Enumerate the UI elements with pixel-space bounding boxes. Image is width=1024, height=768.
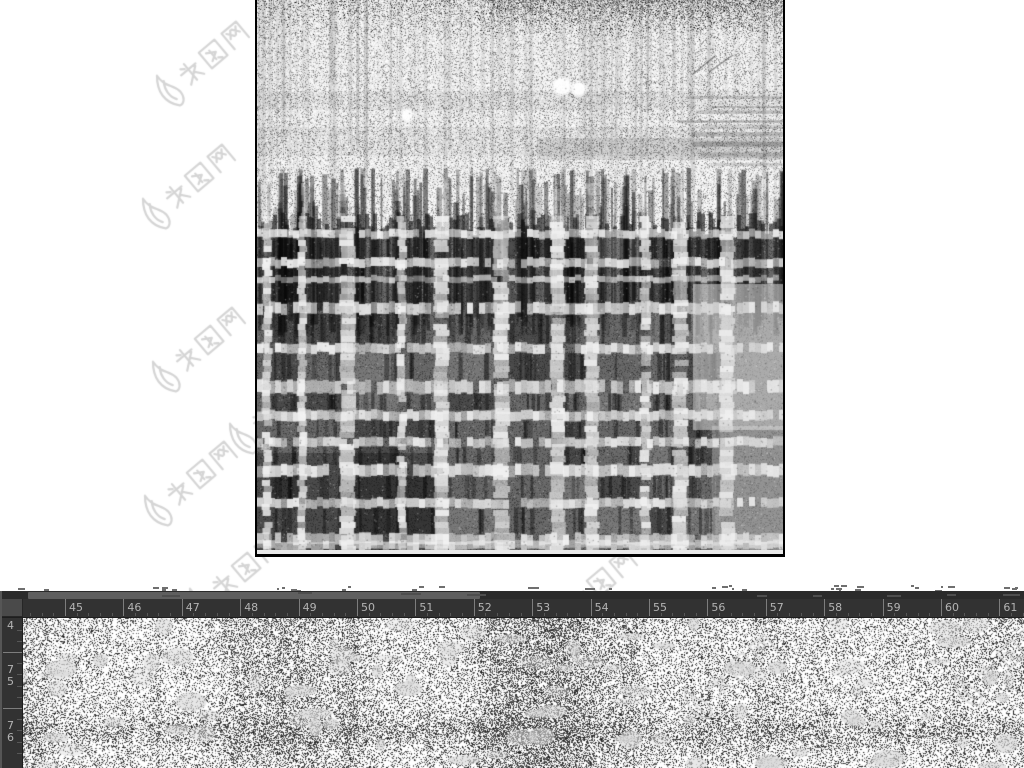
ruler-minor-tick <box>813 613 814 616</box>
ruler-tick <box>357 599 358 616</box>
ruler-minor-tick <box>777 613 778 616</box>
ruler-tick <box>3 652 22 653</box>
ruler-tick <box>707 599 708 616</box>
ruler-minor-tick <box>287 613 288 616</box>
ruler-minor-tick <box>871 613 872 616</box>
ruler-minor-tick <box>906 613 907 616</box>
ruler-minor-tick <box>579 613 580 616</box>
ruler-tick <box>474 599 475 616</box>
cropped-glyph-mark <box>298 592 312 594</box>
ruler-minor-tick <box>637 613 638 616</box>
ruler-minor-tick <box>17 686 22 687</box>
zoomed-texture-detail <box>22 617 1024 768</box>
cropped-glyph-mark <box>467 594 486 596</box>
ruler-minor-tick <box>485 613 486 616</box>
cropped-glyph-mark <box>401 593 421 595</box>
ruler-minor-tick <box>742 613 743 616</box>
ruler-minor-tick <box>836 613 837 616</box>
ruler-tick <box>883 599 884 616</box>
ruler-minor-tick <box>135 613 136 616</box>
ruler-minor-tick <box>88 613 89 616</box>
ruler-minor-tick <box>789 613 790 616</box>
ruler-minor-tick <box>17 742 22 743</box>
ruler-minor-tick <box>661 613 662 616</box>
ruler-minor-tick <box>602 613 603 616</box>
ruler-minor-tick <box>427 613 428 616</box>
ruler-minor-tick <box>918 613 919 616</box>
ruler-minor-tick <box>334 613 335 616</box>
ruler-minor-tick <box>217 613 218 616</box>
ruler-minor-tick <box>929 613 930 616</box>
ruler-tick <box>824 599 825 616</box>
ruler-tick <box>591 599 592 616</box>
ruler-minor-tick <box>964 613 965 616</box>
panel-top-strip <box>0 591 1024 599</box>
vertical-ruler: 747576 <box>0 618 23 768</box>
ruler-minor-tick <box>462 613 463 616</box>
ruler-tick <box>240 599 241 616</box>
ruler-minor-tick <box>626 613 627 616</box>
ruler-minor-tick <box>754 613 755 616</box>
ruler-minor-tick <box>17 719 22 720</box>
ruler-minor-tick <box>147 613 148 616</box>
ruler-minor-tick <box>252 613 253 616</box>
ruler-minor-tick <box>322 613 323 616</box>
ruler-minor-tick <box>17 674 22 675</box>
cropped-glyph-mark <box>757 595 767 597</box>
ruler-minor-tick <box>859 613 860 616</box>
ruler-minor-tick <box>544 613 545 616</box>
detail-panel: 4546474849505152535455565758596061 74757… <box>0 591 1024 768</box>
ruler-minor-tick <box>404 613 405 616</box>
artwork-frame <box>255 0 785 557</box>
ruler-minor-tick <box>1011 613 1012 616</box>
ruler-minor-tick <box>205 613 206 616</box>
ruler-minor-tick <box>345 613 346 616</box>
ruler-minor-tick <box>497 613 498 616</box>
ruler-tick <box>299 599 300 616</box>
cropped-glyph-mark <box>887 595 901 597</box>
ruler-minor-tick <box>30 613 31 616</box>
ruler-minor-tick <box>848 613 849 616</box>
ruler-tick <box>123 599 124 616</box>
ruler-minor-tick <box>988 613 989 616</box>
ruler-minor-tick <box>229 613 230 616</box>
cropped-glyph-mark <box>1003 594 1019 596</box>
ruler-tick <box>532 599 533 616</box>
ruler-minor-tick <box>392 613 393 616</box>
ruler-minor-tick <box>275 613 276 616</box>
ruler-minor-tick <box>976 613 977 616</box>
cropped-glyph-mark <box>813 595 821 597</box>
ruler-minor-tick <box>17 663 22 664</box>
ruler-minor-tick <box>112 613 113 616</box>
ruler-minor-tick <box>719 613 720 616</box>
ruler-minor-tick <box>193 613 194 616</box>
ruler-tick <box>766 599 767 616</box>
ruler-number: 76 <box>7 720 21 744</box>
ruler-minor-tick <box>801 613 802 616</box>
ruler-tick <box>649 599 650 616</box>
ruler-minor-tick <box>439 613 440 616</box>
ruler-minor-tick <box>17 630 22 631</box>
ruler-minor-tick <box>53 613 54 616</box>
ruler-minor-tick <box>380 613 381 616</box>
ruler-minor-tick <box>672 613 673 616</box>
ruler-minor-tick <box>369 613 370 616</box>
ruler-minor-tick <box>509 613 510 616</box>
ruler-minor-tick <box>450 613 451 616</box>
ruler-tick <box>999 599 1000 616</box>
ruler-minor-tick <box>17 641 22 642</box>
ruler-minor-tick <box>567 613 568 616</box>
ruler-tick <box>941 599 942 616</box>
page-background: 4546474849505152535455565758596061 74757… <box>0 0 1024 768</box>
ruler-minor-tick <box>17 697 22 698</box>
ruler-minor-tick <box>521 613 522 616</box>
ruler-minor-tick <box>684 613 685 616</box>
ruler-number: 75 <box>7 664 21 688</box>
ruler-tick <box>415 599 416 616</box>
panel-left-border <box>0 591 2 768</box>
ruler-minor-tick <box>696 613 697 616</box>
ruler-minor-tick <box>100 613 101 616</box>
ruler-minor-tick <box>310 613 311 616</box>
ruler-minor-tick <box>17 730 22 731</box>
ruler-minor-tick <box>264 613 265 616</box>
ruler-minor-tick <box>17 753 22 754</box>
ruler-minor-tick <box>894 613 895 616</box>
cropped-glyph-mark <box>162 595 180 597</box>
ruler-minor-tick <box>953 613 954 616</box>
ruler-minor-tick <box>556 613 557 616</box>
ruler-minor-tick <box>170 613 171 616</box>
ruler-tick <box>3 708 22 709</box>
ruler-tick <box>65 599 66 616</box>
horizontal-ruler: 4546474849505152535455565758596061 <box>0 599 1024 618</box>
ruler-minor-tick <box>614 613 615 616</box>
ruler-corner-box <box>2 599 23 617</box>
ruler-tick <box>182 599 183 616</box>
artwork-image[interactable] <box>257 0 783 550</box>
ruler-minor-tick <box>42 613 43 616</box>
ruler-minor-tick <box>158 613 159 616</box>
ruler-minor-tick <box>731 613 732 616</box>
cropped-glyph-mark <box>947 594 956 596</box>
ruler-minor-tick <box>77 613 78 616</box>
